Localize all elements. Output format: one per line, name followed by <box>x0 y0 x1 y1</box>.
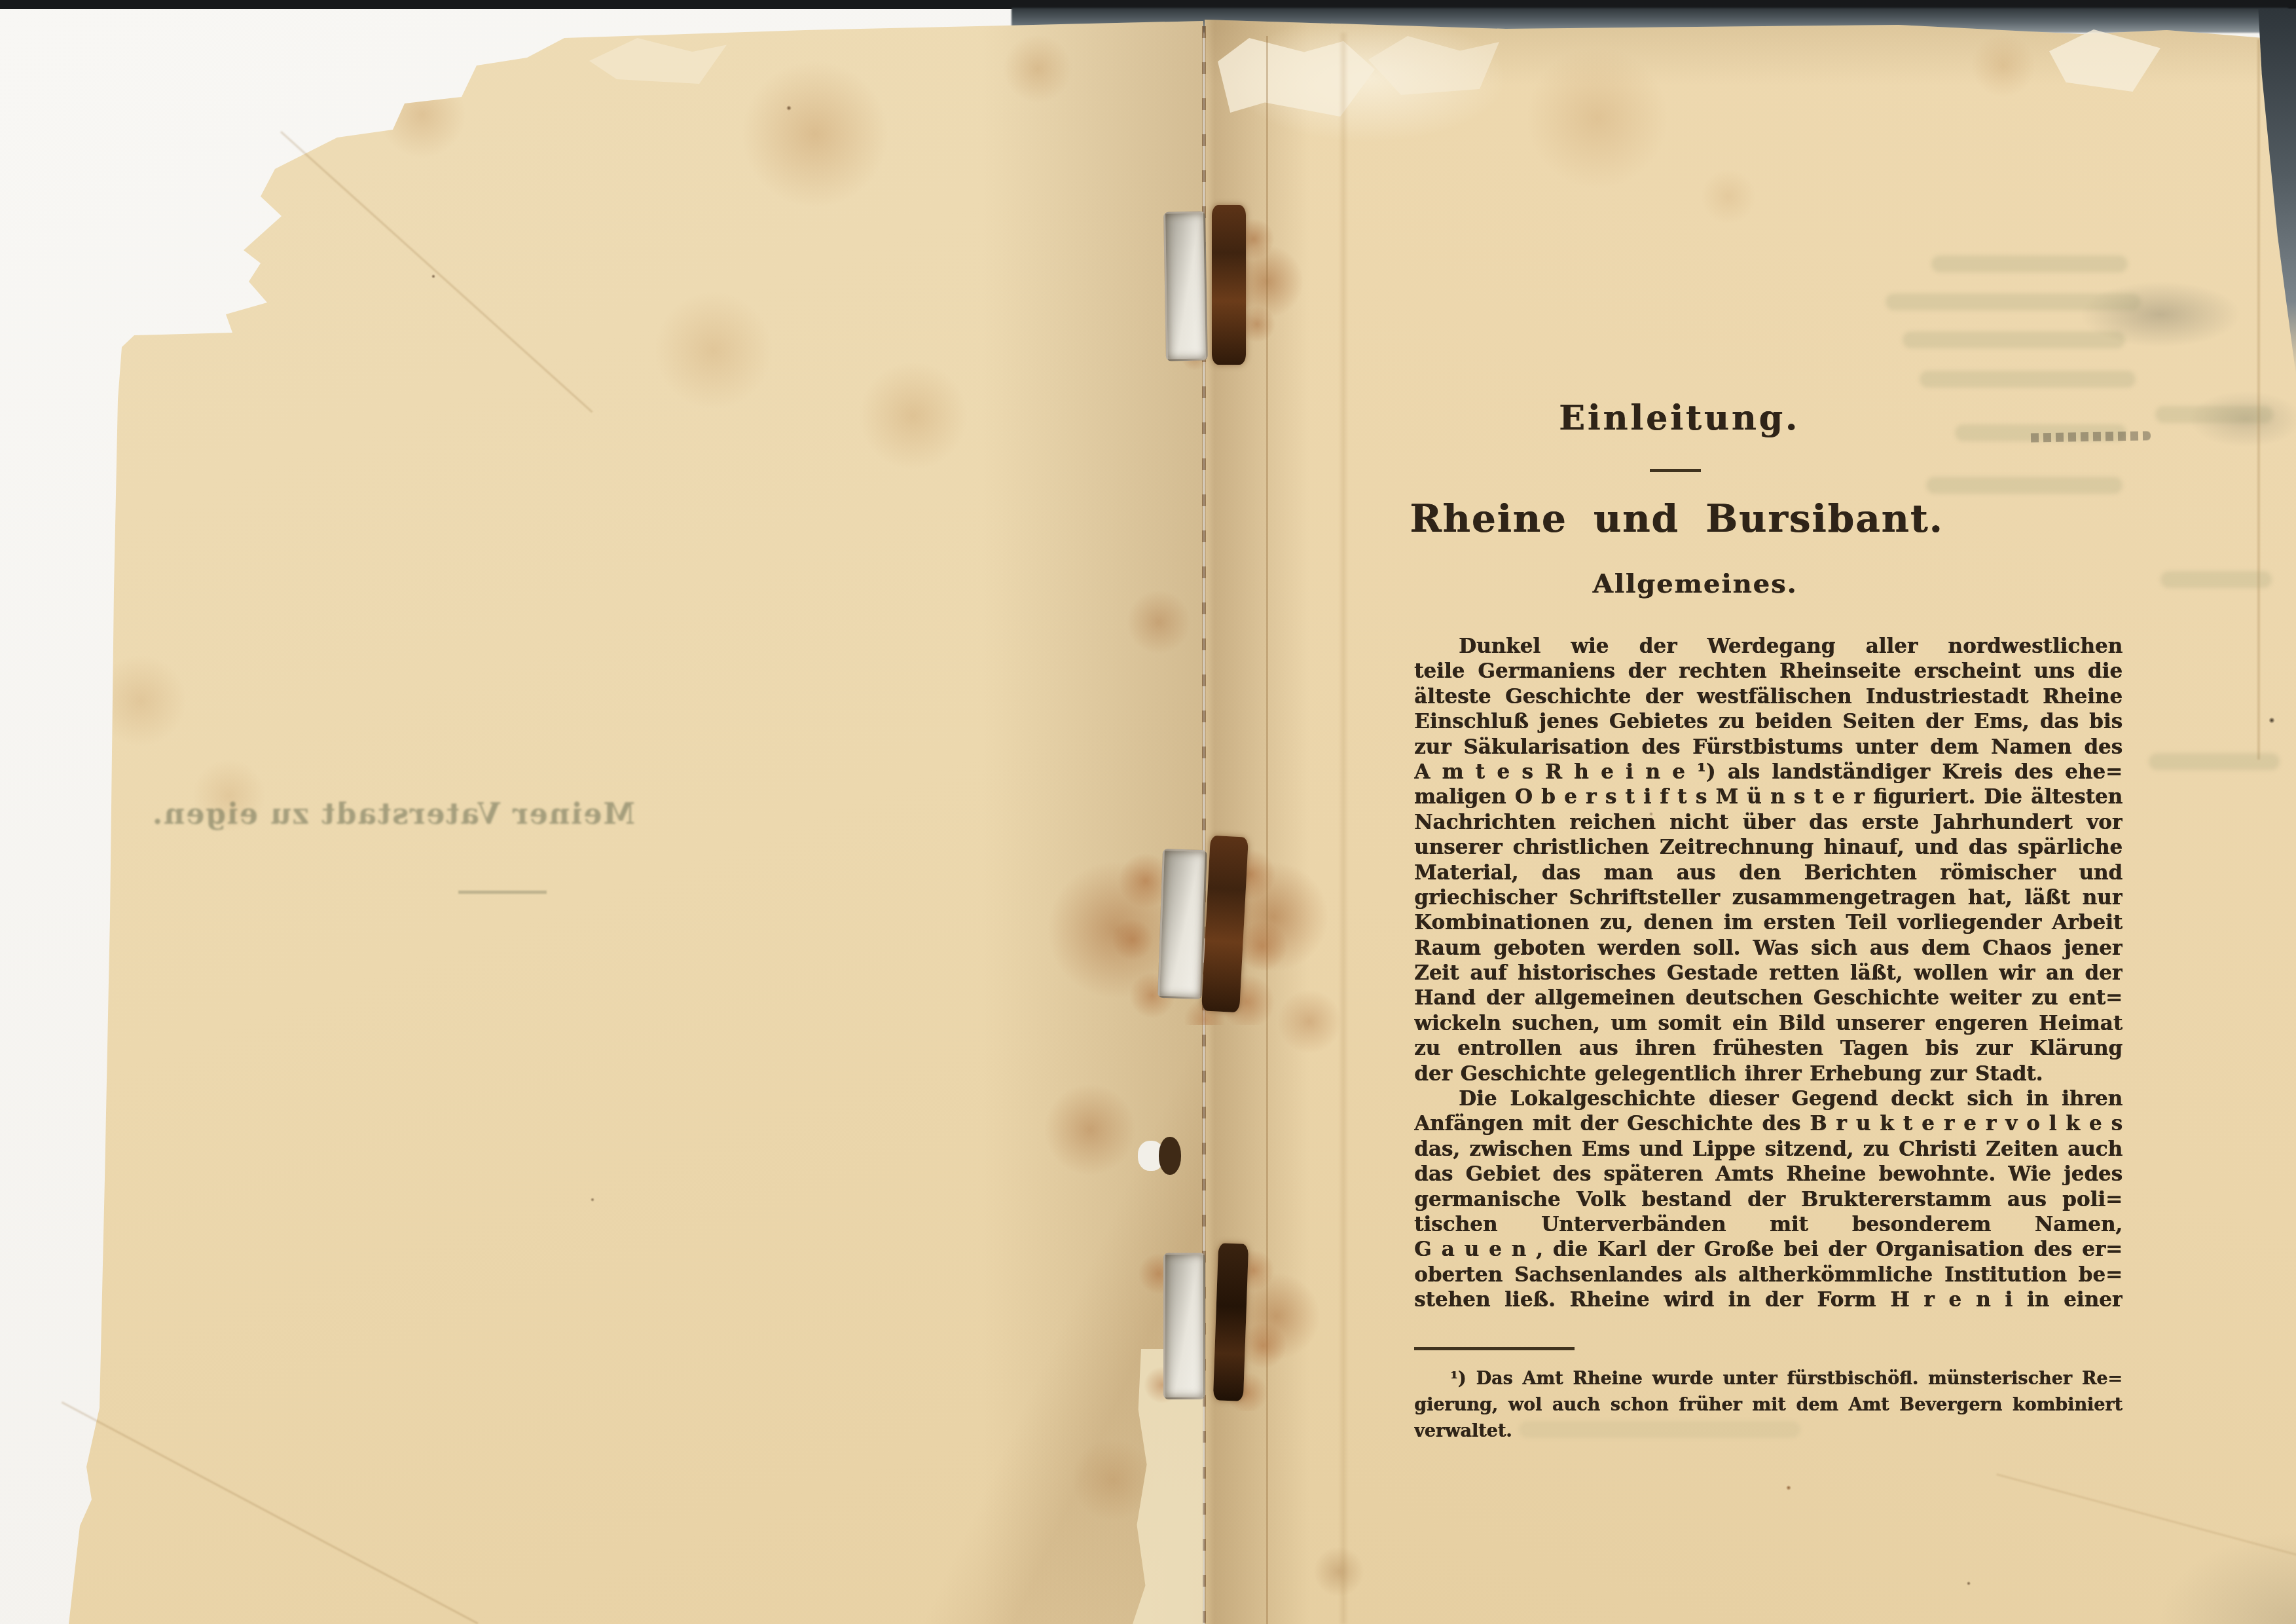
footnote-text: ¹) Das Amt Rheine wurde unter fürstbisch… <box>1414 1366 2123 1445</box>
show-through-text-strip <box>2149 753 2280 770</box>
body-line: Material, das man aus den Berichten römi… <box>1414 860 2123 885</box>
footnote-rule <box>1414 1347 1575 1350</box>
show-through-rule <box>458 891 547 894</box>
show-through-text-strip <box>1903 331 2125 348</box>
scanned-book-spread: Meiner Vaterstadt zu eigen. Einleitung. … <box>0 0 2296 1624</box>
rusty-staple <box>1213 1243 1248 1401</box>
show-through-text-strip <box>1920 371 2136 388</box>
show-through-text-strip <box>2155 406 2273 423</box>
body-line: der Geschichte gelegentlich ihrer Erhebu… <box>1414 1061 2123 1086</box>
body-line: Dunkel wie der Werdegang aller nordwestl… <box>1414 634 2123 659</box>
footnote-line: ¹) Das Amt Rheine wurde unter fürstbisch… <box>1414 1366 2123 1392</box>
body-line: Einschluß jenes Gebietes zu beiden Seite… <box>1414 709 2123 734</box>
staple-hole <box>1163 1253 1205 1399</box>
show-through-text-strip <box>1886 293 2141 310</box>
show-through-dedication: Meiner Vaterstadt zu eigen. <box>354 798 635 831</box>
body-line: stehen ließ. Rheine wird in der Form H r… <box>1414 1287 2123 1312</box>
body-line: unserer christlichen Zeitrechnung hinauf… <box>1414 835 2123 860</box>
paper-crease <box>2257 39 2260 760</box>
body-line: Kombinationen zu, denen im ersten Teil v… <box>1414 910 2123 935</box>
staple-bottom <box>1123 1234 1293 1411</box>
show-through-text-strip <box>2160 571 2272 588</box>
staple-top <box>1156 200 1280 370</box>
body-line: G a u e n , die Karl der Große bei der O… <box>1414 1237 2123 1262</box>
body-line: griechischer Schriftsteller zusammengetr… <box>1414 885 2123 910</box>
footnote-line: verwaltet. <box>1414 1418 2123 1445</box>
body-line: germanische Volk bestand der Bruktererst… <box>1414 1187 2123 1212</box>
heading-rule <box>1650 469 1701 472</box>
staple-hole <box>1163 211 1208 361</box>
rusty-staple <box>1201 836 1248 1013</box>
body-text: Dunkel wie der Werdegang aller nordwestl… <box>1414 634 2123 1313</box>
body-line: wickeln suchen, um somit ein Bild unsere… <box>1414 1011 2123 1036</box>
body-line: das, zwischen Ems und Lippe sitzend, zu … <box>1414 1137 2123 1162</box>
footnote-line: gierung, wol auch schon früher mit dem A… <box>1414 1392 2123 1418</box>
rusty-staple <box>1212 205 1246 365</box>
gutter-fold-crease-faint <box>1341 33 1346 1624</box>
chapter-heading: Einleitung. <box>1325 398 2033 438</box>
body-line: Zeit auf historisches Gestade retten läß… <box>1414 961 2123 986</box>
body-line: das Gebiet des späteren Amts Rheine bewo… <box>1414 1162 2123 1187</box>
body-line: älteste Geschichte der westfälischen Ind… <box>1414 684 2123 709</box>
body-line: Nachrichten reichen nicht über das erste… <box>1414 810 2123 835</box>
body-line: tischen Unterverbänden mit besonderem Na… <box>1414 1212 2123 1237</box>
body-line: Raum geboten werden soll. Was sich aus d… <box>1414 936 2123 961</box>
body-line: teile Germaniens der rechten Rheinseite … <box>1414 659 2123 684</box>
body-line: Die Lokalgeschichte dieser Gegend deckt … <box>1414 1086 2123 1111</box>
staple-hole <box>1157 849 1207 999</box>
body-line: maligen O b e r s t i f t s M ü n s t e … <box>1414 784 2123 809</box>
body-line: zur Säkularisation des Fürstbistums unte… <box>1414 735 2123 760</box>
section-subtitle: Allgemeines. <box>1341 568 2049 599</box>
body-line: zu entrollen aus ihren frühesten Tagen b… <box>1414 1036 2123 1061</box>
main-title: Rheine und Bursibant. <box>1322 496 2031 541</box>
show-through-text-strip <box>1931 255 2128 272</box>
paper-hole <box>1159 1137 1181 1175</box>
body-line: Hand der allgemeinen deutschen Geschicht… <box>1414 986 2123 1010</box>
body-line: oberten Sachsenlandes als altherkömmlich… <box>1414 1263 2123 1287</box>
body-line: Anfängen mit der Geschichte des B r u k … <box>1414 1111 2123 1136</box>
staple-middle <box>1106 828 1296 1025</box>
right-page-text: Einleitung. Rheine und Bursibant. Allgem… <box>1414 393 2123 1519</box>
body-line: A m t e s R h e i n e ¹) als landständig… <box>1414 760 2123 784</box>
